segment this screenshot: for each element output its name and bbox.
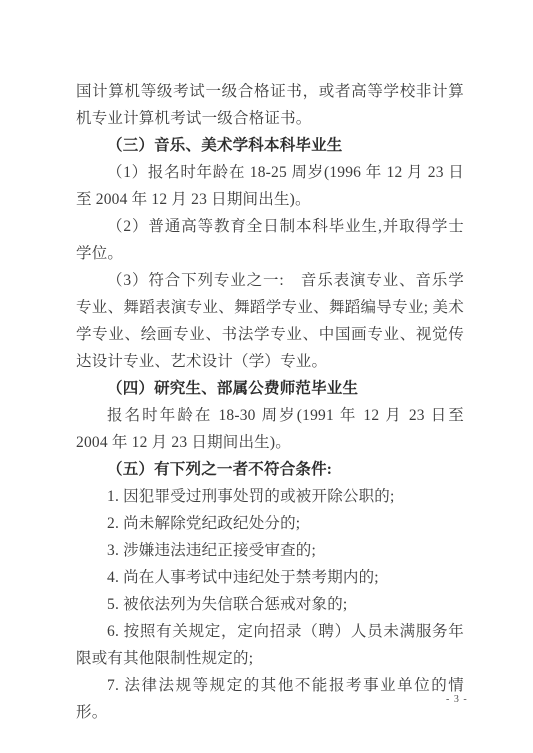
text-block: 国计算机等级考试一级合格证书，或者高等学校非计算机专业计算机考试一级合格证书。（… xyxy=(76,78,464,726)
paragraph: （2）普通高等教育全日制本科毕业生,并取得学士学位。 xyxy=(76,213,464,267)
document-page: 国计算机等级考试一级合格证书，或者高等学校非计算机专业计算机考试一级合格证书。（… xyxy=(0,0,533,753)
paragraph: 7. 法律法规等规定的其他不能报考事业单位的情形。 xyxy=(76,672,464,726)
paragraph: 4. 尚在人事考试中违纪处于禁考期内的; xyxy=(76,564,464,591)
paragraph: 2. 尚未解除党纪政纪处分的; xyxy=(76,510,464,537)
paragraph: 国计算机等级考试一级合格证书，或者高等学校非计算机专业计算机考试一级合格证书。 xyxy=(76,78,464,132)
paragraph: （3）符合下列专业之一: 音乐表演专业、音乐学专业、舞蹈表演专业、舞蹈学专业、舞… xyxy=(76,267,464,375)
paragraph: 3. 涉嫌违法违纪正接受审查的; xyxy=(76,537,464,564)
paragraph: 6. 按照有关规定，定向招录（聘）人员未满服务年限或有其他限制性规定的; xyxy=(76,618,464,672)
paragraph: （1）报名时年龄在 18-25 周岁(1996 年 12 月 23 日至 200… xyxy=(76,159,464,213)
paragraph: 1. 因犯罪受过刑事处罚的或被开除公职的; xyxy=(76,483,464,510)
paragraph: 报名时年龄在 18-30 周岁(1991 年 12 月 23 日至 2004 年… xyxy=(76,402,464,456)
section-heading: （四）研究生、部属公费师范毕业生 xyxy=(76,375,464,402)
section-heading: （三）音乐、美术学科本科毕业生 xyxy=(76,132,464,159)
paragraph: 5. 被依法列为失信联合惩戒对象的; xyxy=(76,591,464,618)
page-number: - 3 - xyxy=(446,693,468,707)
section-heading: （五）有下列之一者不符合条件: xyxy=(76,456,464,483)
